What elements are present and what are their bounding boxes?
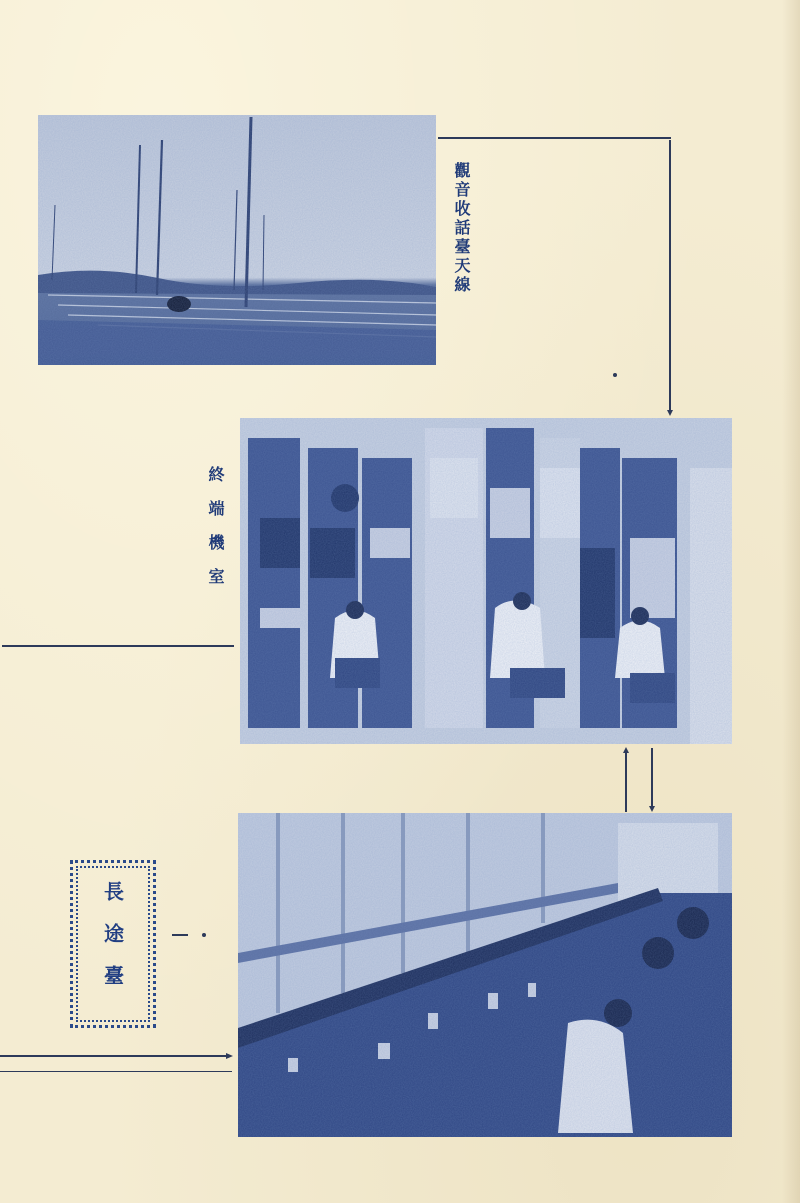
ink-dot	[613, 373, 617, 377]
connector-line	[625, 752, 627, 812]
photo-terminal-room	[240, 418, 732, 744]
page-edge-shadow	[782, 0, 800, 1203]
connector-line	[0, 1071, 232, 1072]
connector-line	[438, 137, 671, 139]
photo-long-distance-switchboard	[238, 813, 732, 1137]
caption-terminal-room: 終端機室	[206, 466, 224, 602]
connector-line	[651, 748, 653, 808]
arrow-down-icon	[667, 410, 673, 416]
connector-dash	[172, 934, 188, 936]
ink-dot	[202, 933, 206, 937]
arrow-down-icon	[649, 806, 655, 812]
arrow-right-icon	[226, 1053, 233, 1059]
caption-box-long-distance: 長途臺	[70, 860, 156, 1028]
connector-line	[2, 645, 234, 647]
connector-line	[669, 140, 671, 413]
connector-line	[0, 1055, 226, 1057]
box-inner-border	[76, 866, 150, 1022]
photo-antenna-field	[38, 115, 436, 365]
arrow-up-icon	[623, 747, 629, 753]
caption-antenna: 觀音收話臺天線	[452, 162, 470, 295]
